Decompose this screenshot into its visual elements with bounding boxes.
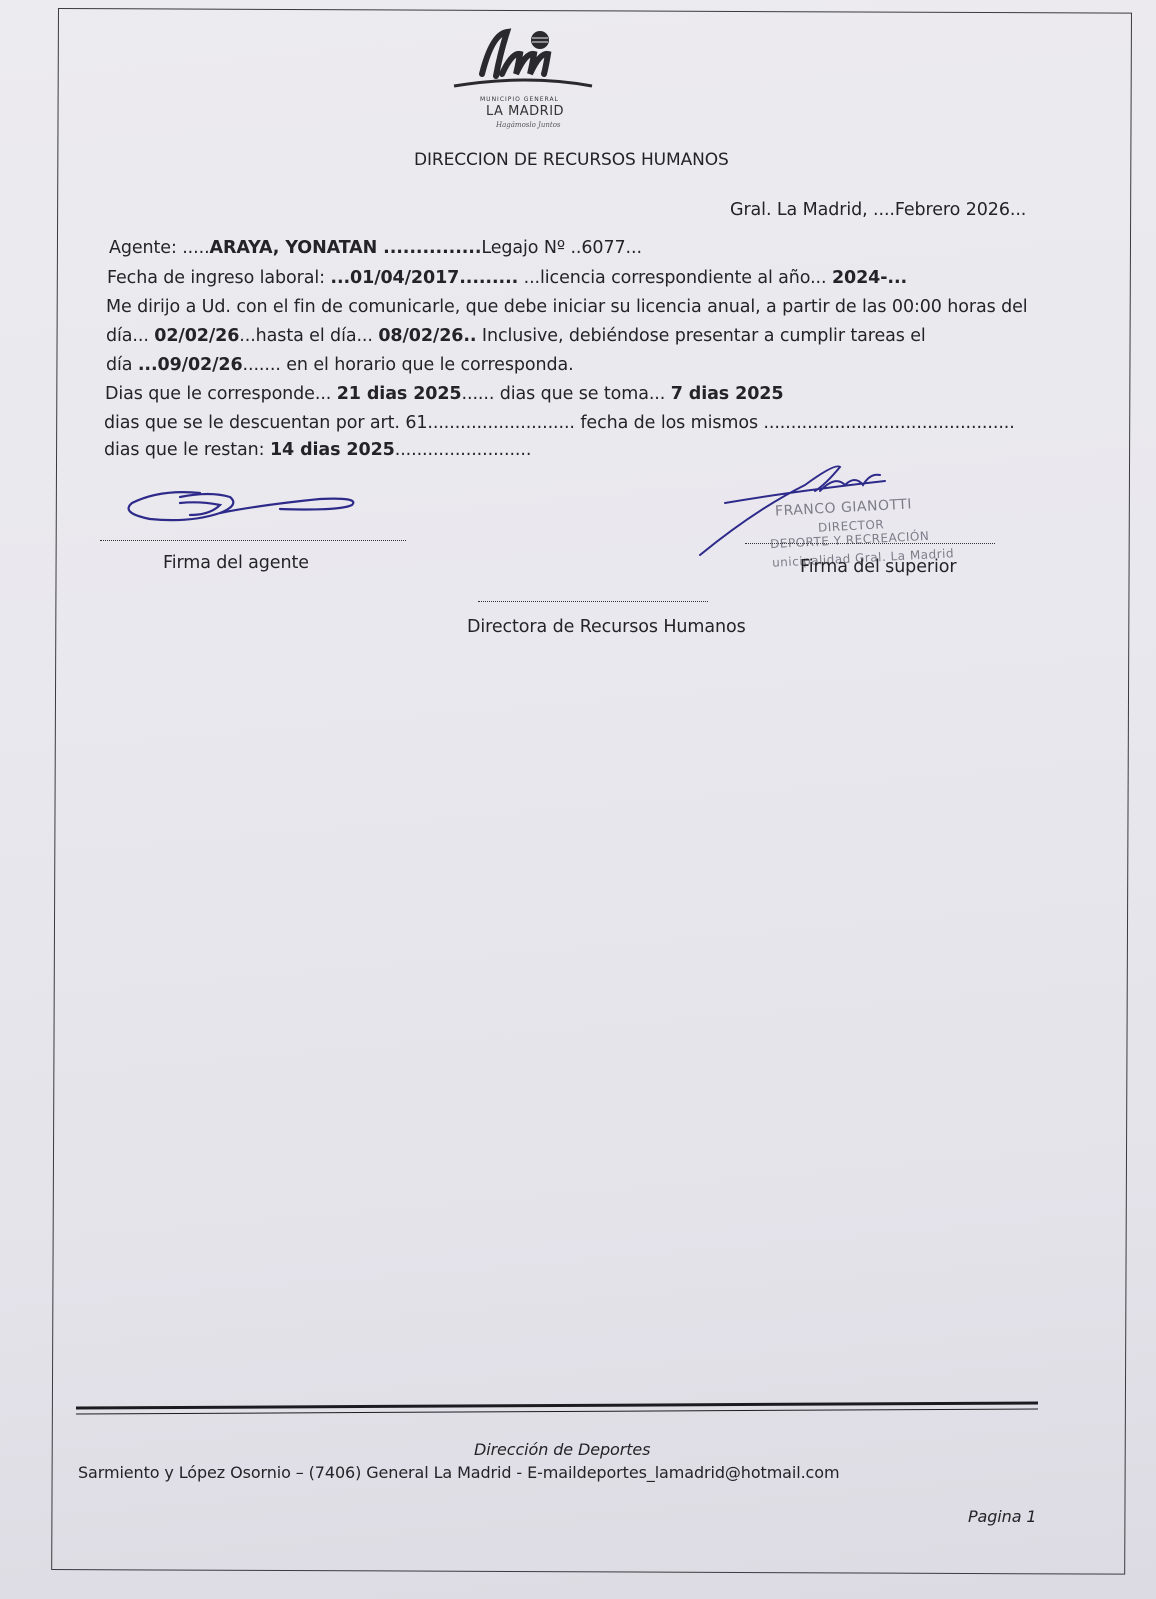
- agent-signature-icon: [120, 485, 370, 535]
- restan-value: 14 dias 2025: [270, 440, 395, 460]
- ingreso-line: Fecha de ingreso laboral: ...01/04/2017.…: [107, 268, 907, 288]
- superior-signature-label: Firma del superior: [800, 557, 956, 577]
- dias-corresponde-value: 21 dias 2025: [337, 384, 462, 404]
- logo-municipio: MUNICIPIO GENERAL: [480, 96, 559, 103]
- place-date: Gral. La Madrid, ....Febrero 2026...: [730, 200, 1026, 220]
- agente-name: ARAYA, YONATAN: [210, 238, 378, 258]
- body-line-4: día... 02/02/26...hasta el día... 08/02/…: [106, 326, 926, 346]
- footer-direccion: Dirección de Deportes: [474, 1440, 650, 1459]
- footer-address: Sarmiento y López Osornio – (7406) Gener…: [78, 1463, 839, 1482]
- descuento-line: dias que se le descuentan por art. 61...…: [104, 413, 1015, 433]
- restan-line: dias que le restan: 14 dias 2025........…: [104, 440, 531, 460]
- legajo: Legajo Nº ..6077...: [481, 238, 642, 258]
- agente-line: Agente: .....ARAYA, YONATAN ............…: [109, 238, 642, 258]
- superior-signature-line: [745, 543, 995, 544]
- return-date: ...09/02/26: [138, 355, 243, 375]
- body-line-5: día ...09/02/26....... en el horario que…: [106, 355, 574, 375]
- logo-monogram-icon: [452, 24, 602, 94]
- rrhh-signature-label: Directora de Recursos Humanos: [467, 617, 746, 637]
- document-page: MUNICIPIO GENERAL LA MADRID Hagámoslo Ju…: [0, 0, 1156, 1599]
- logo-slogan: Hagámoslo Juntos: [496, 121, 561, 129]
- leave-start-date: 02/02/26: [154, 326, 239, 346]
- ingreso-date: ...01/04/2017.........: [330, 268, 518, 288]
- agent-signature-line: [100, 540, 406, 541]
- agent-signature-label: Firma del agente: [163, 553, 309, 573]
- department-title: DIRECCION DE RECURSOS HUMANOS: [414, 150, 729, 170]
- dias-corresponde-line: Dias que le corresponde... 21 dias 2025.…: [105, 384, 783, 404]
- rrhh-signature-line: [478, 601, 708, 602]
- dias-toma-value: 7 dias 2025: [671, 384, 784, 404]
- licencia-year: 2024-...: [832, 268, 907, 288]
- body-line-3: Me dirijo a Ud. con el fin de comunicarl…: [106, 297, 1028, 317]
- page-number: Pagina 1: [968, 1507, 1036, 1526]
- logo-name: LA MADRID: [486, 104, 564, 119]
- municipal-logo: MUNICIPIO GENERAL LA MADRID Hagámoslo Ju…: [452, 24, 602, 134]
- leave-end-date: 08/02/26..: [378, 326, 476, 346]
